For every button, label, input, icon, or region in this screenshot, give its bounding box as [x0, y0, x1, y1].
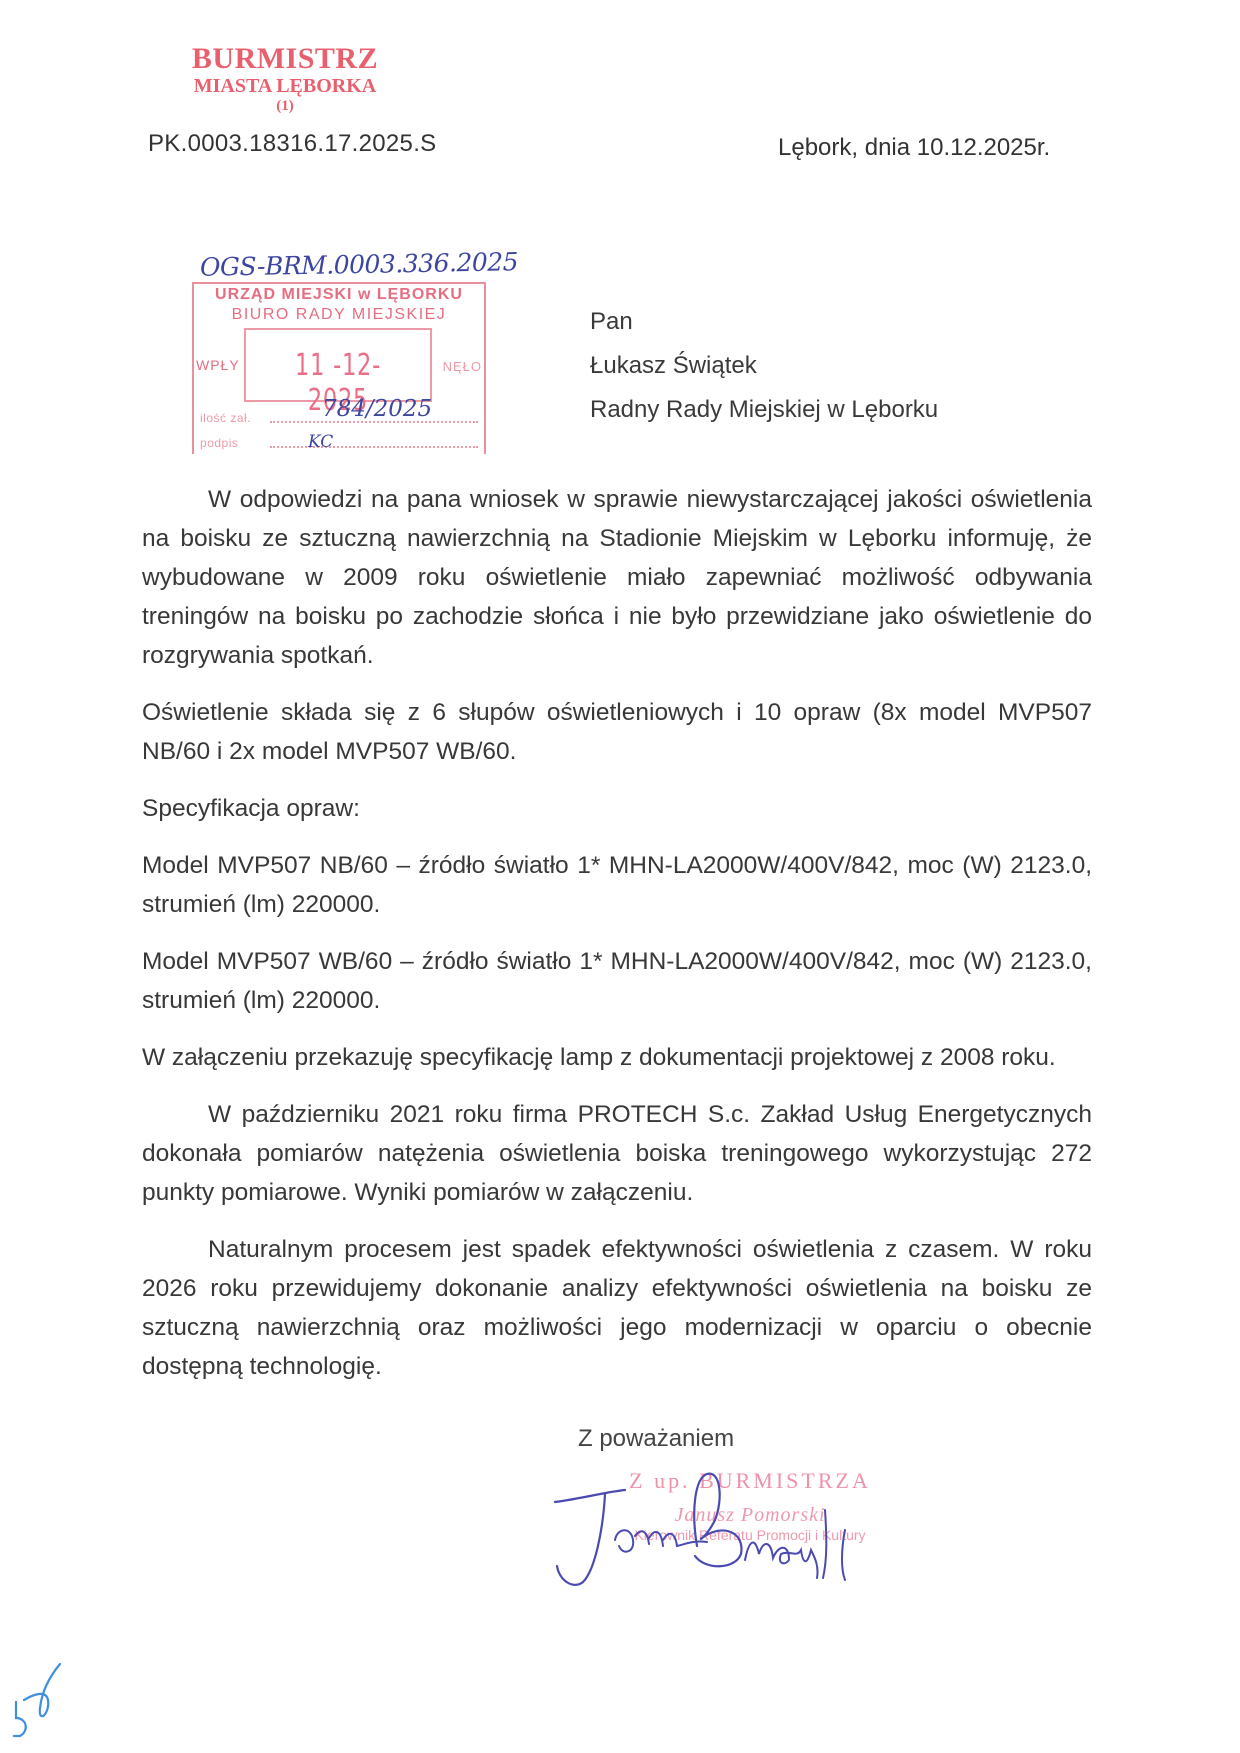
paragraph-spec-heading: Specyfikacja opraw: [142, 789, 1092, 828]
addressee-salutation: Pan [590, 300, 938, 344]
mayor-header-stamp: BURMISTRZ MIASTA LĘBORKA (1) [150, 44, 420, 114]
stamp-signature-row: podpis [200, 436, 478, 450]
handwritten-initials: KC [308, 432, 333, 452]
dotted-line [270, 446, 478, 448]
stamp-office: URZĄD MIEJSKI w LĘBORKU [194, 286, 484, 304]
addressee-block: Pan Łukasz Świątek Radny Rady Miejskiej … [590, 300, 938, 432]
letter-body: W odpowiedzi na pana wniosek w sprawie n… [142, 480, 1092, 1404]
stamp-title: BURMISTRZ [150, 44, 420, 74]
addressee-title: Radny Rady Miejskiej w Lęborku [590, 388, 938, 432]
stamp-attachments-label: ilość zał. [200, 411, 251, 425]
paragraph-spec-nb60: Model MVP507 NB/60 – źródło światło 1* M… [142, 846, 1092, 924]
paragraph-measurements: W październiku 2021 roku firma PROTECH S… [142, 1095, 1092, 1212]
paragraph-lighting-composition: Oświetlenie składa się z 6 słupów oświet… [142, 693, 1092, 771]
place-date: Lębork, dnia 10.12.2025r. [778, 134, 1050, 162]
reception-stamp: URZĄD MIEJSKI w LĘBORKU BIURO RADY MIEJS… [192, 282, 486, 454]
closing-phrase: Z poważaniem [578, 1425, 734, 1453]
stamp-city: MIASTA LĘBORKA [150, 76, 420, 96]
stamp-signature-label: podpis [200, 436, 238, 450]
addressee-name: Łukasz Świątek [590, 344, 938, 388]
handwritten-signature [545, 1470, 925, 1600]
stamp-number: (1) [150, 99, 420, 114]
paragraph-future-analysis: Naturalnym procesem jest spadek efektywn… [142, 1230, 1092, 1386]
paragraph-spec-wb60: Model MVP507 WB/60 – źródło światło 1* M… [142, 942, 1092, 1020]
paragraph-intro: W odpowiedzi na pana wniosek w sprawie n… [142, 480, 1092, 675]
page-number-mark [10, 1660, 80, 1740]
stamp-received-label: WPŁY [196, 357, 240, 373]
reference-number: PK.0003.18316.17.2025.S [148, 130, 436, 158]
handwritten-case-number: OGS-BRM.0003.336.2025 [200, 247, 519, 282]
stamp-date-box: 11 -12- 2025 [244, 328, 432, 402]
handwritten-register-number: 784/2025 [322, 396, 432, 422]
paragraph-attachment: W załączeniu przekazuję specyfikację lam… [142, 1038, 1092, 1077]
stamp-department: BIURO RADY MIEJSKIEJ [194, 306, 484, 324]
stamp-side-label: NĘŁO [443, 359, 482, 374]
